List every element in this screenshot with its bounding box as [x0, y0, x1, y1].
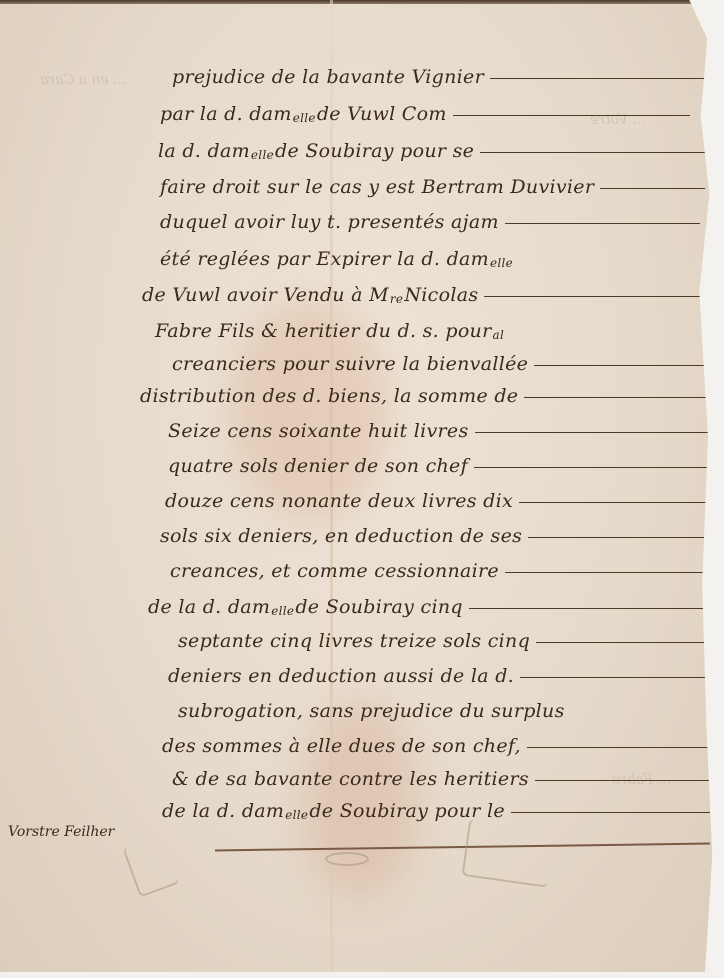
manuscript-line: la d. damelle de Soubiray pour se [158, 132, 710, 162]
manuscript-line: des sommes à elle dues de son chef, [162, 727, 710, 757]
manuscript-page: ... en a Cara ... Votre ... Fabre prejud… [0, 0, 718, 972]
manuscript-line: septante cinq livres treize sols cinq [178, 622, 710, 652]
manuscript-line: creances, et comme cessionnaire [170, 552, 710, 582]
manuscript-line: été reglées par Expirer la d. damelle [160, 240, 700, 270]
manuscript-line: duquel avoir luy t. presentés ajam [160, 203, 700, 233]
manuscript-line: & de sa bavante contre les heritiers [172, 760, 710, 790]
manuscript-line: de la d. damelle de Soubiray cinq [148, 588, 710, 618]
manuscript-line: de Vuwl avoir Vendu à Mre Nicolas [142, 276, 702, 306]
manuscript-line: quatre sols denier de son chef [168, 447, 710, 477]
manuscript-line: par la d. damelle de Vuwl Com [160, 95, 690, 125]
manuscript-line: Fabre Fils & heritier du d. s. poural [155, 312, 700, 342]
manuscript-line: distribution des d. biens, la somme de [140, 377, 710, 407]
manuscript-line: deniers en deduction aussi de la d. [168, 657, 710, 687]
manuscript-line: douze cens nonante deux livres dix [165, 482, 710, 512]
manuscript-line: sols six deniers, en deduction de ses [160, 517, 710, 547]
manuscript-line: faire droit sur le cas y est Bertram Duv… [160, 168, 705, 198]
seal-residue [461, 819, 555, 888]
manuscript-line: de la d. damelle de Soubiray pour le [162, 792, 710, 822]
margin-signature: Vorstre Feilher [8, 824, 114, 840]
manuscript-line: Seize cens soixante huit livres [168, 412, 710, 442]
seal-residue [325, 852, 369, 866]
manuscript-line: subrogation, sans prejudice du surplus [178, 692, 698, 722]
manuscript-line: prejudice de la bavante Vignier [172, 58, 710, 88]
manuscript-line: creanciers pour suivre la bienvallée [172, 345, 707, 375]
